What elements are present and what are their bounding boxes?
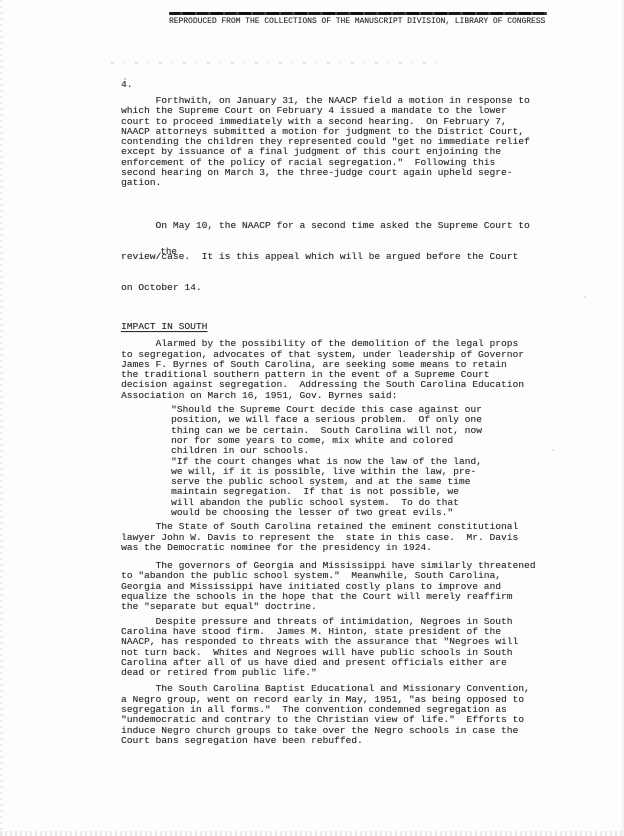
section-heading-impact-in-south: IMPACT IN SOUTH: [121, 322, 561, 332]
paragraph-alarmed: Alarmed by the possibility of the demoli…: [121, 339, 561, 401]
paragraph-may-10: On May 10, the NAACP for a second time a…: [121, 201, 561, 314]
page-number: 4.: [121, 80, 133, 90]
document-body: Forthwith, on January 31, the NAACP fiel…: [121, 96, 561, 746]
line-text-after: case. It is this appeal which will be ar…: [161, 251, 518, 262]
paragraph-line-with-insertion: review/thecase. It is this appeal which …: [121, 252, 561, 262]
paragraph-line: On May 10, the NAACP for a second time a…: [121, 221, 561, 231]
scanned-document-page: REPRODUCED FROM THE COLLECTIONS OF THE M…: [0, 0, 624, 836]
paragraph-governors: The governors of Georgia and Mississippi…: [121, 561, 561, 612]
stamp-divider-line: [169, 12, 547, 15]
paragraph-baptist-convention: The South Carolina Baptist Educational a…: [121, 684, 561, 746]
paragraph-line: on October 14.: [121, 283, 561, 293]
paragraph-forthwith: Forthwith, on January 31, the NAACP fiel…: [121, 96, 561, 189]
paragraph-despite-pressure: Despite pressure and threats of intimida…: [121, 617, 561, 679]
scan-edge-bottom: [0, 831, 624, 836]
scan-smudge: [111, 62, 443, 64]
line-text-before: review/: [121, 251, 161, 262]
library-of-congress-stamp: REPRODUCED FROM THE COLLECTIONS OF THE M…: [169, 17, 549, 26]
scan-edge-left: [0, 0, 3, 836]
paragraph-state-retained-davis: The State of South Carolina retained the…: [121, 522, 561, 553]
scan-speck: [584, 296, 586, 298]
byrnes-quote-block: "Should the Supreme Court decide this ca…: [171, 405, 561, 518]
